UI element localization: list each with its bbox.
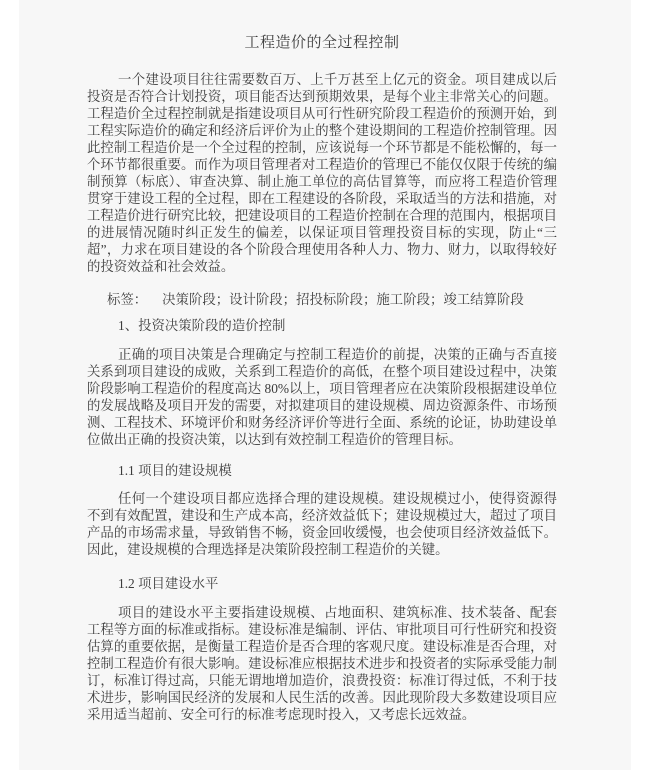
document-canvas: 工程造价的全过程控制 一个建设项目往往需要数百万、上千万甚至上亿元的资金。项目建… — [0, 0, 658, 770]
section-1-2-heading: 1.2 项目建设水平 — [118, 575, 557, 592]
section-1-1-paragraph: 任何一个建设项目都应选择合理的建设规模。建设规模过小，使得资源得不到有效配置，建… — [87, 490, 557, 558]
tags-items: 决策阶段；设计阶段；招投标阶段；施工阶段；竣工结算阶段 — [162, 292, 524, 307]
document-page: 工程造价的全过程控制 一个建设项目往往需要数百万、上千万甚至上亿元的资金。项目建… — [19, 0, 631, 770]
tags-label: 标签： — [107, 292, 147, 307]
section-1-2-paragraph: 项目的建设水平主要指建设规模、占地面积、建筑标准、技术装备、配套工程等方面的标准… — [87, 604, 557, 723]
intro-paragraph: 一个建设项目往往需要数百万、上千万甚至上亿元的资金。项目建成以后投资是否符合计划… — [87, 71, 557, 275]
section-1-1-heading: 1.1 项目的建设规模 — [118, 462, 557, 479]
document-title: 工程造价的全过程控制 — [87, 34, 557, 52]
tags-line: 标签：决策阶段；设计阶段；招投标阶段；施工阶段；竣工结算阶段 — [107, 291, 557, 308]
section-1-paragraph: 正确的项目决策是合理确定与控制工程造价的前提，决策的正确与否直接关系到项目建设的… — [87, 346, 557, 448]
section-1-heading: 1、投资决策阶段的造价控制 — [118, 317, 557, 334]
document-content: 工程造价的全过程控制 一个建设项目往往需要数百万、上千万甚至上亿元的资金。项目建… — [87, 34, 557, 723]
